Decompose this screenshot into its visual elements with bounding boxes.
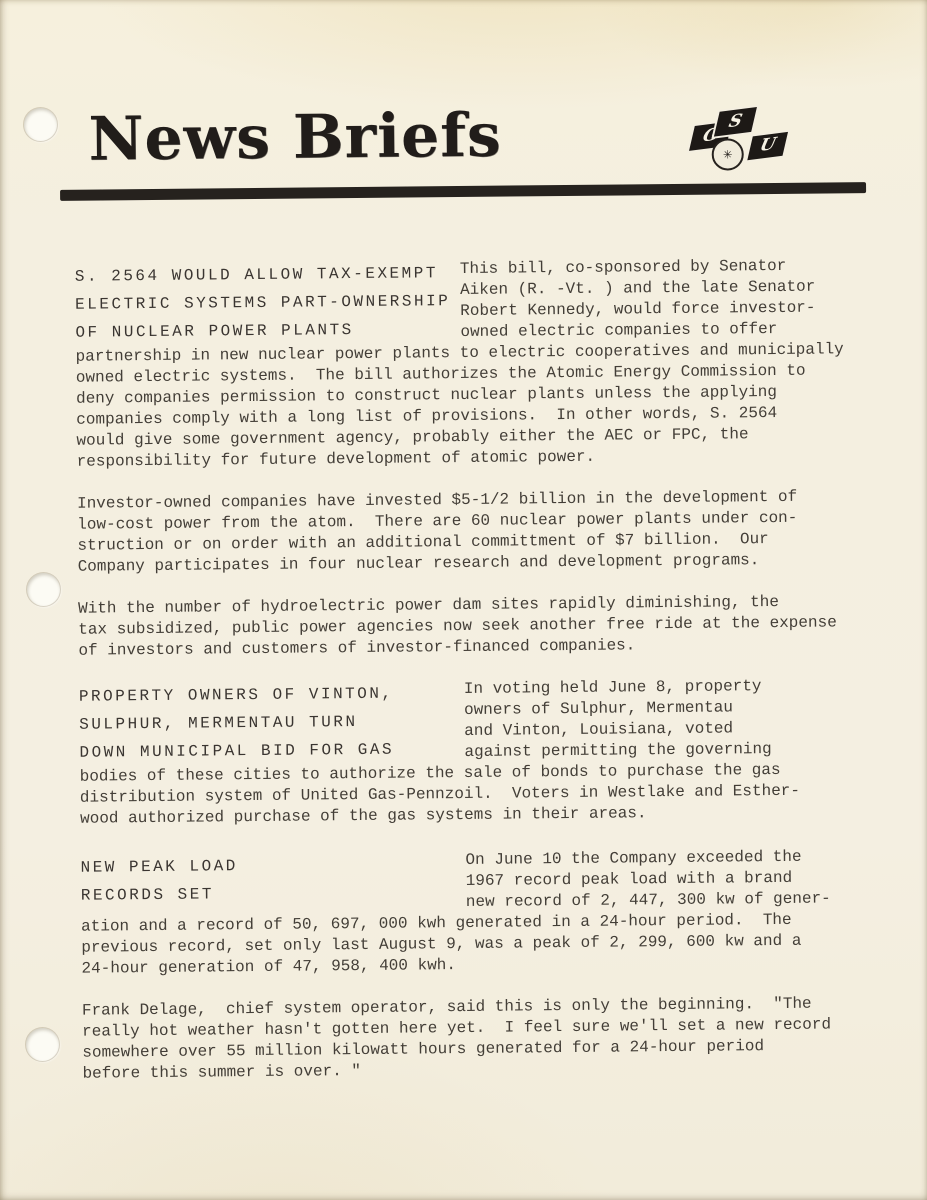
article-headline: NEW PEAK LOAD RECORDS SET xyxy=(80,850,466,910)
article-headline: PROPERTY OWNERS OF VINTON, SULPHUR, MERM… xyxy=(79,679,465,767)
article-peak-load: NEW PEAK LOAD RECORDS SET On June 10 the… xyxy=(80,846,876,1085)
article-paragraph: Frank Delage, chief system operator, sai… xyxy=(82,993,877,1085)
scanned-newsletter-page: News Briefs G S U ✳ S. 2564 WOULD ALLOW … xyxy=(0,0,927,1200)
article-paragraph: With the number of hydroelectric power d… xyxy=(78,591,873,662)
article-intro: In voting held June 8, property owners o… xyxy=(464,675,874,763)
page-content: News Briefs G S U ✳ S. 2564 WOULD ALLOW … xyxy=(0,0,927,1200)
masthead-rule xyxy=(60,182,866,201)
article-paragraph: bodies of these cities to authorize the … xyxy=(80,759,875,830)
logo-emblem-icon: ✳ xyxy=(712,138,744,170)
article-intro: On June 10 the Company exceeded the 1967… xyxy=(465,846,875,913)
article-lead-row: PROPERTY OWNERS OF VINTON, SULPHUR, MERM… xyxy=(79,675,874,767)
logo-diamond-u: U xyxy=(747,132,788,160)
article-intro: This bill, co-sponsored by Senator Aiken… xyxy=(460,255,870,343)
article-headline: S. 2564 WOULD ALLOW TAX-EXEMPT ELECTRIC … xyxy=(75,259,461,347)
article-paragraph: ation and a record of 50, 697, 000 kwh g… xyxy=(81,909,876,980)
article-paragraph: partnership in new nuclear power plants … xyxy=(76,339,871,473)
article-gas-vote: PROPERTY OWNERS OF VINTON, SULPHUR, MERM… xyxy=(79,675,874,830)
logo-letter-s: S xyxy=(727,110,744,132)
article-lead-row: S. 2564 WOULD ALLOW TAX-EXEMPT ELECTRIC … xyxy=(75,255,870,347)
article-nuclear-bill: S. 2564 WOULD ALLOW TAX-EXEMPT ELECTRIC … xyxy=(75,255,873,662)
gsu-logo: G S U ✳ xyxy=(689,101,802,182)
articles-area: S. 2564 WOULD ALLOW TAX-EXEMPT ELECTRIC … xyxy=(75,255,877,1106)
logo-diamond-s: S xyxy=(714,107,757,137)
article-paragraph: Investor-owned companies have invested $… xyxy=(77,486,872,578)
article-lead-row: NEW PEAK LOAD RECORDS SET On June 10 the… xyxy=(80,846,875,917)
logo-letter-u: U xyxy=(758,134,778,156)
page-title: News Briefs xyxy=(88,106,502,170)
